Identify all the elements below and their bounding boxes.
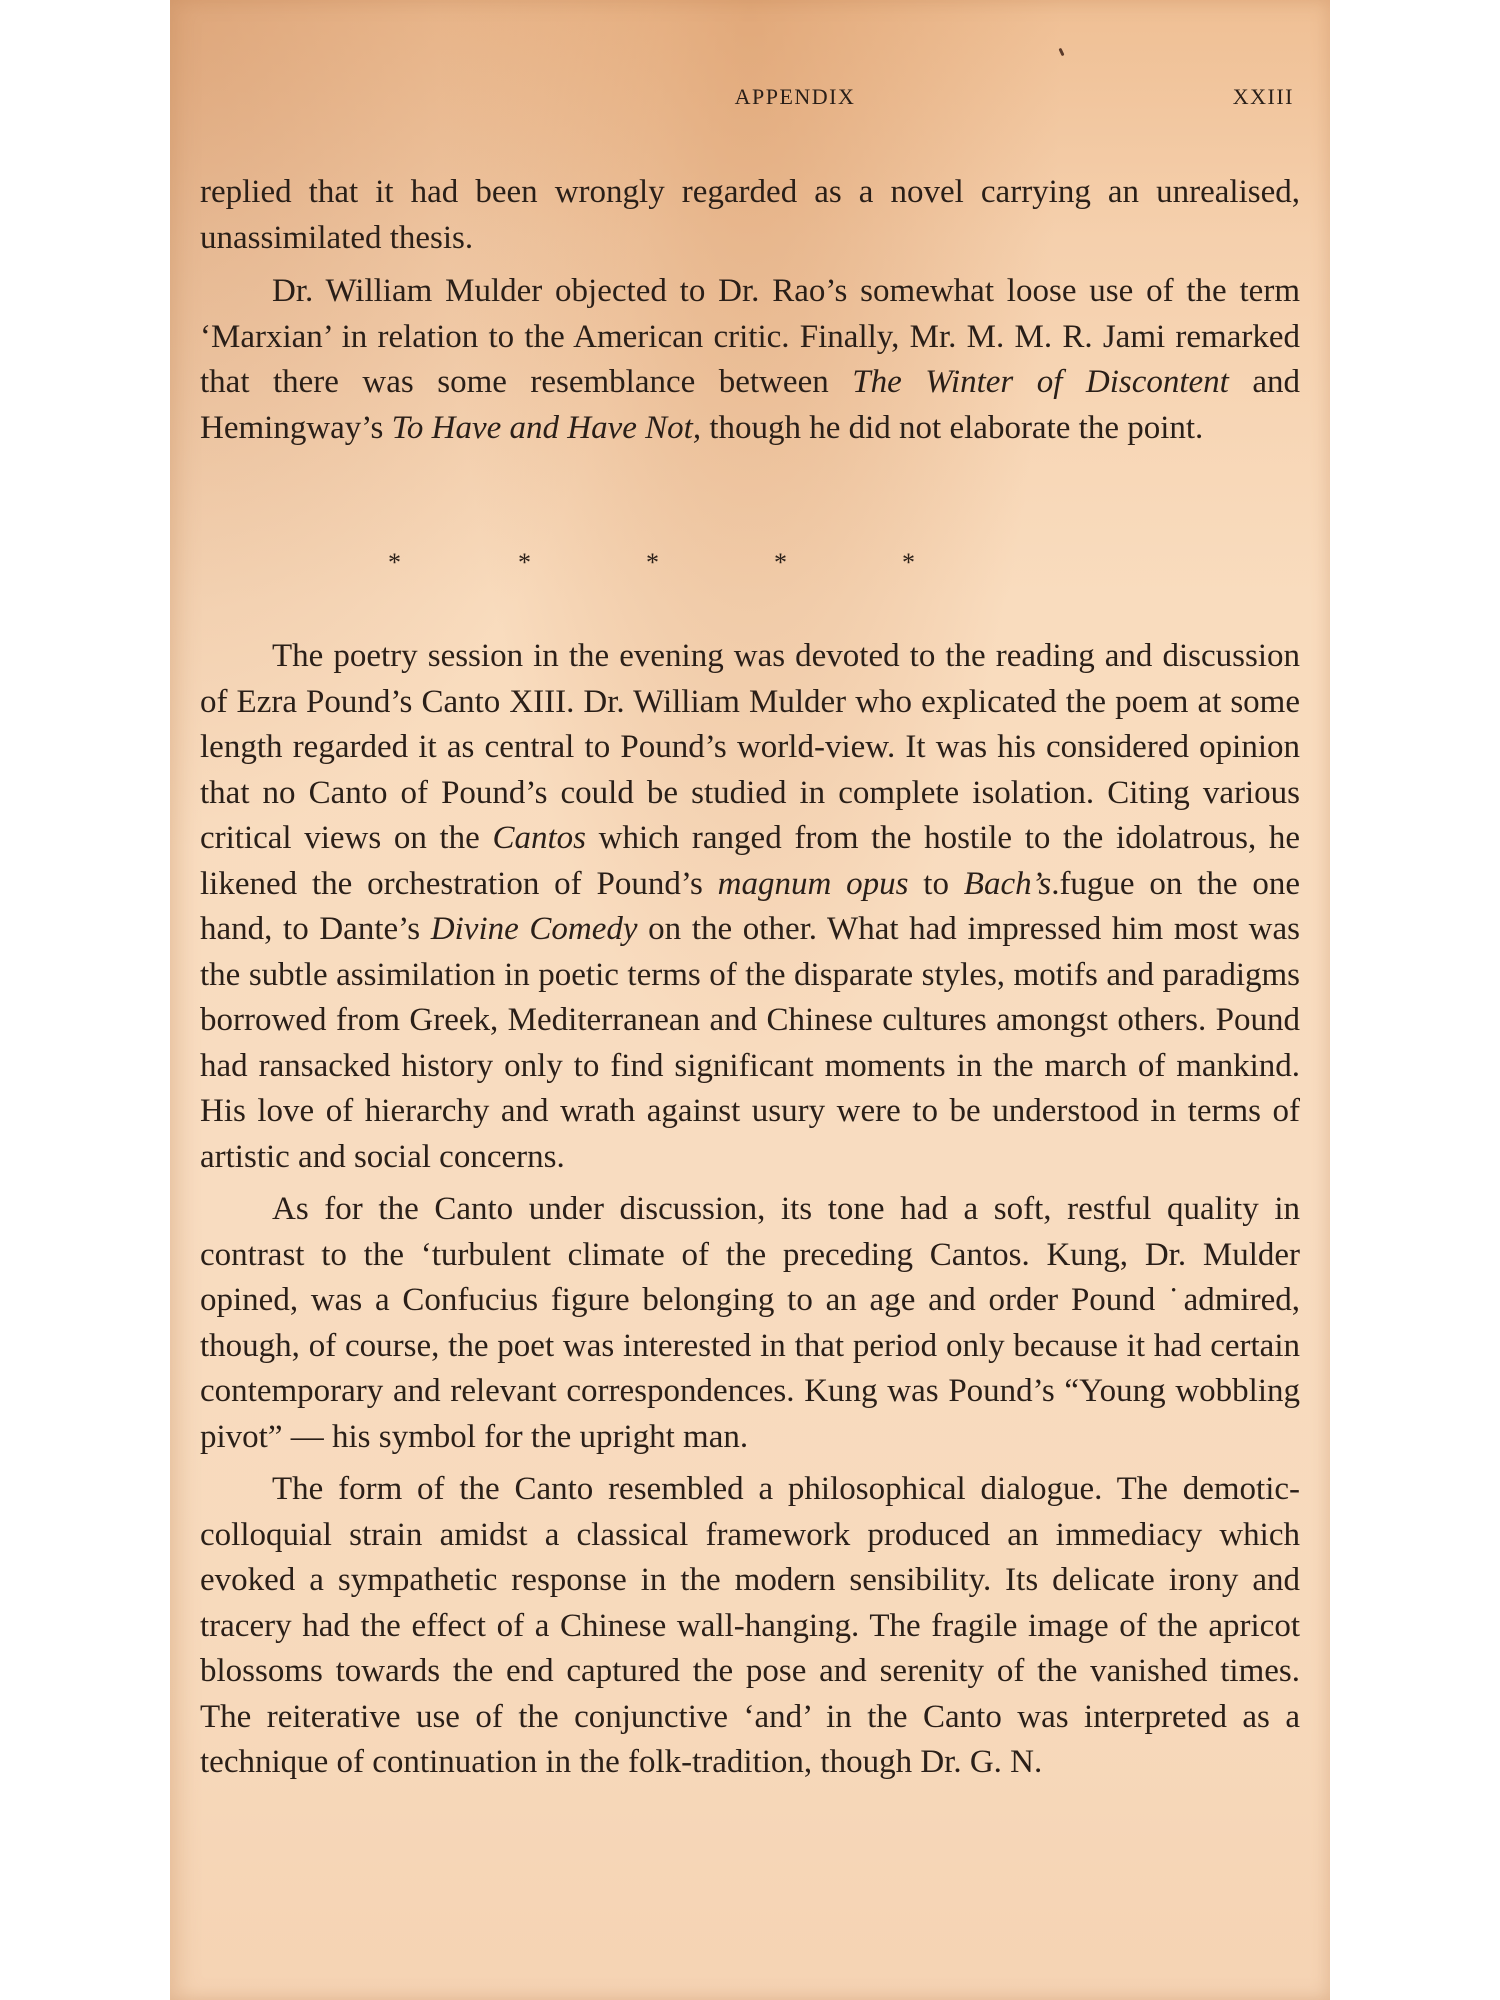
asterisk-mark: * <box>388 548 401 578</box>
text-run: to <box>908 866 963 902</box>
text-block-upper: replied that it had been wrongly regarde… <box>200 170 1300 459</box>
asterisk-mark: * <box>646 548 659 578</box>
italic-title-to-have-and-have-not: To Have and Have Not, <box>392 410 702 446</box>
italic-title-cantos: Cantos <box>492 820 586 856</box>
text-run: on the other. What had impressed him mos… <box>200 911 1300 1175</box>
page-number: XXIII <box>1233 84 1294 110</box>
text-run: though he did not elaborate the point. <box>701 410 1203 446</box>
italic-title-winter-of-discontent: The Winter of Discontent <box>852 364 1229 400</box>
italic-magnum-opus: magnum opus <box>718 866 909 902</box>
text-block-poetry-session: The poetry session in the evening was de… <box>200 634 1300 1793</box>
paragraph-continued: replied that it had been wrongly regarde… <box>200 170 1300 261</box>
running-head-title: APPENDIX <box>670 84 920 110</box>
asterisk-mark: * <box>518 548 531 578</box>
running-head: APPENDIX XXIII <box>170 84 1330 114</box>
section-separator: * * * * * <box>170 548 1330 588</box>
asterisk-mark: * <box>774 548 787 578</box>
italic-title-divine-comedy: Divine Comedy <box>431 911 638 947</box>
asterisk-mark: * <box>902 548 915 578</box>
italic-bachs: Bach’s <box>964 866 1051 902</box>
paragraph-mulder-objection: Dr. William Mulder objected to Dr. Rao’s… <box>200 269 1300 451</box>
paragraph-canto-form: The form of the Canto resembled a philos… <box>200 1467 1300 1786</box>
paper-fleck <box>1058 48 1064 57</box>
paragraph-canto-tone: As for the Canto under discussion, its t… <box>200 1187 1300 1460</box>
paragraph-poetry-session: The poetry session in the evening was de… <box>200 634 1300 1180</box>
book-page: APPENDIX XXIII replied that it had been … <box>170 0 1330 2000</box>
